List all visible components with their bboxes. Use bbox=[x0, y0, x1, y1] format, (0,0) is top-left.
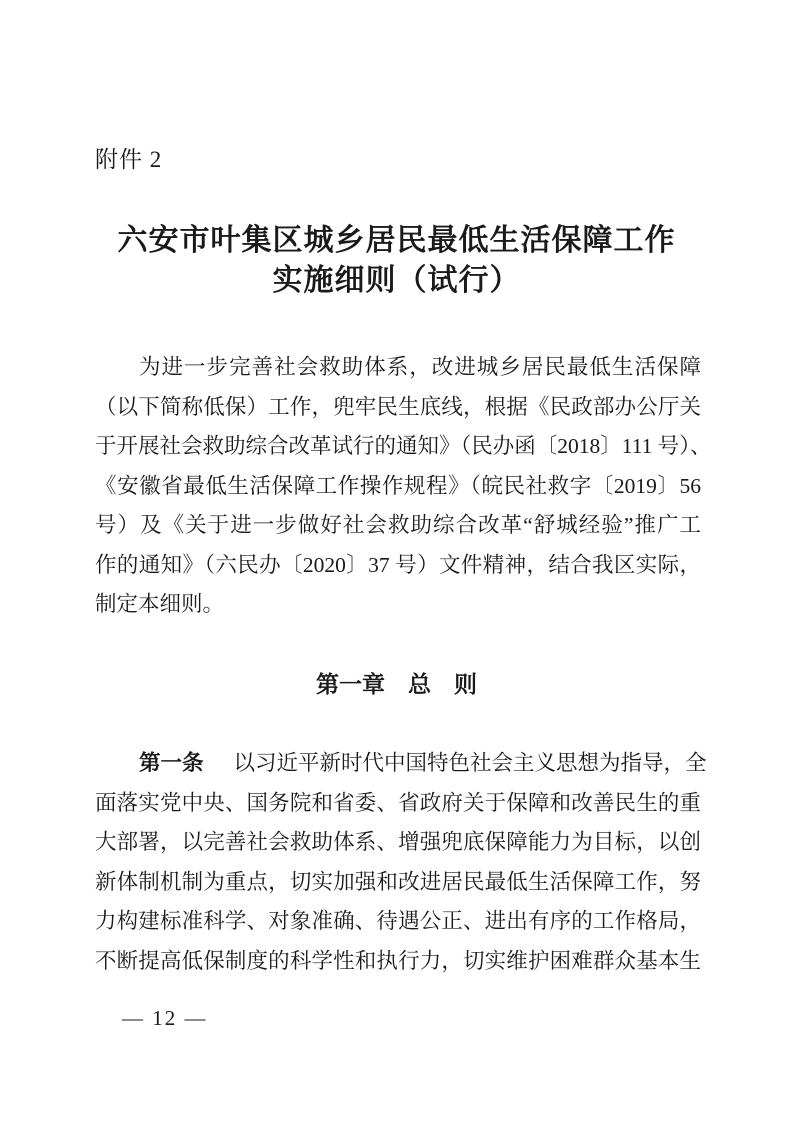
article-line: 力构建标准科学、对象准确、待遇公正、进出有序的工作格局， bbox=[95, 902, 701, 942]
document-title-line-1: 六安市叶集区城乡居民最低生活保障工作 bbox=[0, 221, 793, 261]
document-page: 附件 2 六安市叶集区城乡居民最低生活保障工作 实施细则（试行） 为进一步完善社… bbox=[0, 0, 793, 1122]
article-1-paragraph: 第一条以习近平新时代中国特色社会主义思想为指导，全 面落实党中央、国务院和省委、… bbox=[95, 744, 701, 981]
intro-paragraph: 为进一步完善社会救助体系，改进城乡居民最低生活保障 （以下简称低保）工作，兜牢民… bbox=[95, 348, 701, 625]
article-line: 不断提高低保制度的科学性和执行力，切实维护困难群众基本生 bbox=[95, 942, 701, 982]
document-title-line-2: 实施细则（试行） bbox=[0, 261, 793, 301]
intro-line: 《安徽省最低生活保障工作操作规程》（皖民社救字〔2019〕56 bbox=[95, 467, 701, 507]
document-title: 六安市叶集区城乡居民最低生活保障工作 实施细则（试行） bbox=[0, 221, 793, 301]
article-line: 新体制机制为重点，切实加强和改进居民最低生活保障工作，努 bbox=[95, 863, 701, 903]
article-term: 第一条 bbox=[139, 751, 204, 775]
intro-line: 制定本细则。 bbox=[95, 585, 701, 625]
intro-line: 作的通知》（六民办〔2020〕37 号）文件精神，结合我区实际， bbox=[95, 546, 701, 586]
attachment-label: 附件 2 bbox=[95, 144, 162, 176]
chapter-heading: 第一章 总 则 bbox=[0, 668, 793, 700]
article-line: 大部署，以完善社会救助体系、增强兜底保障能力为目标，以创 bbox=[95, 823, 701, 863]
intro-line: 于开展社会救助综合改革试行的通知》（民办函〔2018〕111 号）、 bbox=[95, 427, 701, 467]
page-number: — 12 — bbox=[122, 1003, 208, 1033]
intro-line: （以下简称低保）工作，兜牢民生底线，根据《民政部办公厅关 bbox=[95, 388, 701, 428]
article-line: 面落实党中央、国务院和省委、省政府关于保障和改善民生的重 bbox=[95, 784, 701, 824]
intro-line: 号）及《关于进一步做好社会救助综合改革“舒城经验”推广工 bbox=[95, 506, 701, 546]
intro-line: 为进一步完善社会救助体系，改进城乡居民最低生活保障 bbox=[95, 348, 701, 388]
article-line: 第一条以习近平新时代中国特色社会主义思想为指导，全 bbox=[95, 744, 701, 784]
article-line-text: 以习近平新时代中国特色社会主义思想为指导，全 bbox=[234, 751, 707, 775]
